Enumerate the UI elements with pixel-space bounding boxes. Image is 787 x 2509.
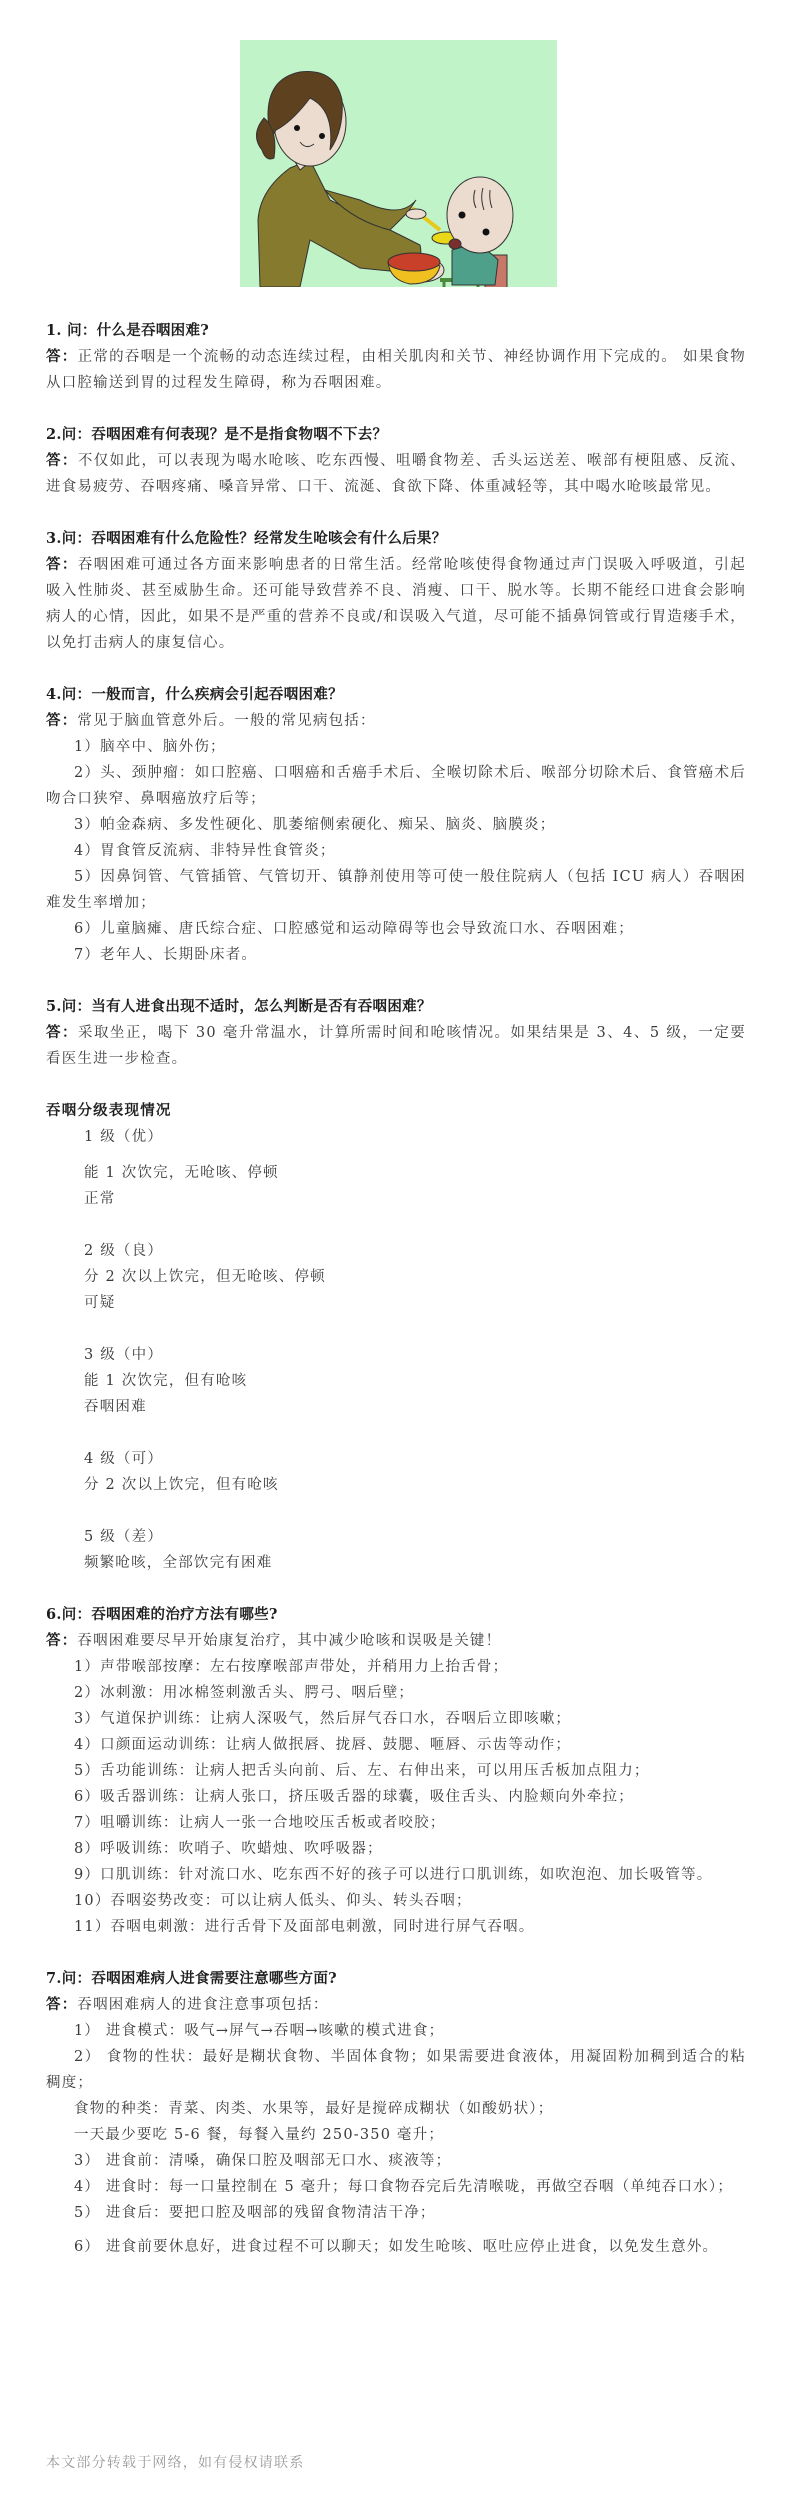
qa-block-7: 7.问：吞咽困难病人进食需要注意哪些方面? 答：吞咽困难病人的进食注意事项包括：… [46, 1966, 746, 2260]
answer-text: 正常的吞咽是一个流畅的动态连续过程，由相关肌肉和关节、神经协调作用下完成的。 如… [46, 349, 746, 391]
grade-level: 5 级（差） [84, 1524, 746, 1550]
grade-result: 正常 [84, 1186, 746, 1212]
list-item: 5） 进食后：要把口腔及咽部的残留食物清洁干净； [46, 2200, 746, 2226]
question-heading: 4.问：一般而言，什么疾病会引起吞咽困难？ [46, 682, 746, 708]
answer-paragraph: 答：吞咽困难可通过各方面来影响患者的日常生活。经常呛咳使得食物通过声门误吸入呼吸… [46, 552, 746, 656]
grade-level: 2 级（良） [84, 1238, 746, 1264]
question-heading: 1. 问：什么是吞咽困难? [46, 318, 746, 344]
grade-level: 1 级（优） [84, 1124, 746, 1150]
qa-block-1: 1. 问：什么是吞咽困难? 答：正常的吞咽是一个流畅的动态连续过程，由相关肌肉和… [46, 318, 746, 396]
answer-label: 答： [46, 1632, 77, 1649]
answer-text: 常见于脑血管意外后。一般的常见病包括： [77, 713, 375, 729]
answer-paragraph: 答：采取坐正，喝下 30 毫升常温水，计算所需时间和呛咳情况。如果结果是 3、4… [46, 1020, 746, 1072]
list-item: 3） 进食前：清嗓，确保口腔及咽部无口水、痰液等； [46, 2148, 746, 2174]
question-heading: 7.问：吞咽困难病人进食需要注意哪些方面? [46, 1966, 746, 1992]
question-heading: 5.问：当有人进食出现不适时，怎么判断是否有吞咽困难？ [46, 994, 746, 1020]
list-item: 2）冰刺激：用冰棉签刺激舌头、腭弓、咽后壁； [46, 1680, 746, 1706]
qa-block-6: 6.问：吞咽困难的治疗方法有哪些? 答：吞咽困难要尽早开始康复治疗，其中减少呛咳… [46, 1602, 746, 1940]
grade-result: 可疑 [84, 1290, 746, 1316]
answer-label: 答： [46, 556, 78, 573]
list-item: 6）吸舌器训练：让病人张口，挤压吸舌器的球囊，吸住舌头、内脸颊向外牵拉； [46, 1784, 746, 1810]
list-item: 4）口颜面运动训练：让病人做抿唇、拢唇、鼓腮、咂唇、示齿等动作； [46, 1732, 746, 1758]
list-item: 4）胃食管反流病、非特异性食管炎； [46, 838, 746, 864]
answer-text: 吞咽困难要尽早开始康复治疗，其中减少呛咳和误吸是关键！ [77, 1633, 501, 1649]
list-item: 1）脑卒中、脑外伤； [46, 734, 746, 760]
answer-label: 答： [46, 1996, 77, 2013]
list-item: 食物的种类：青菜、肉类、水果等，最好是搅碎成糊状（如酸奶状）； [46, 2096, 746, 2122]
answer-paragraph: 答：吞咽困难要尽早开始康复治疗，其中减少呛咳和误吸是关键！ [46, 1628, 746, 1654]
grade-description: 频繁呛咳，全部饮完有困难 [84, 1550, 746, 1576]
qa-block-4: 4.问：一般而言，什么疾病会引起吞咽困难？ 答：常见于脑血管意外后。一般的常见病… [46, 682, 746, 968]
grade-description: 分 2 次以上饮完，但无呛咳、停顿 [84, 1264, 746, 1290]
answer-paragraph: 答：吞咽困难病人的进食注意事项包括： [46, 1992, 746, 2018]
grade-result: 吞咽困难 [84, 1394, 746, 1420]
list-item: 1）声带喉部按摩：左右按摩喉部声带处，并稍用力上抬舌骨； [46, 1654, 746, 1680]
question-heading: 3.问：吞咽困难有什么危险性？经常发生呛咳会有什么后果？ [46, 526, 746, 552]
list-item: 5）舌功能训练：让病人把舌头向前、后、左、右伸出来，可以用压舌板加点阻力； [46, 1758, 746, 1784]
qa-block-3: 3.问：吞咽困难有什么危险性？经常发生呛咳会有什么后果？ 答：吞咽困难可通过各方… [46, 526, 746, 656]
list-item: 2） 食物的性状：最好是糊状食物、半固体食物；如果需要进食液体，用凝固粉加稠到适… [46, 2044, 746, 2096]
swallow-grading-section: 吞咽分级表现情况 1 级（优） 能 1 次饮完，无呛咳、停顿 正常 2 级（良）… [46, 1098, 746, 1576]
answer-label: 答： [46, 452, 78, 469]
answer-text: 吞咽困难病人的进食注意事项包括： [77, 1997, 328, 2013]
answer-paragraph: 答：不仅如此，可以表现为喝水呛咳、吃东西慢、咀嚼食物差、舌头运送差、喉部有梗阻感… [46, 448, 746, 500]
list-item: 一天最少要吃 5-6 餐，每餐入量约 250-350 毫升； [46, 2122, 746, 2148]
list-item: 5）因鼻饲管、气管插管、气管切开、镇静剂使用等可使一般住院病人（包括 ICU 病… [46, 864, 746, 916]
answer-text: 吞咽困难可通过各方面来影响患者的日常生活。经常呛咳使得食物通过声门误吸入呼吸道，… [46, 557, 746, 651]
list-item: 3）气道保护训练：让病人深吸气，然后屏气吞口水，吞咽后立即咳嗽； [46, 1706, 746, 1732]
answer-label: 答： [46, 712, 77, 729]
grading-list: 1 级（优） 能 1 次饮完，无呛咳、停顿 正常 2 级（良） 分 2 次以上饮… [46, 1124, 746, 1576]
grade-level: 4 级（可） [84, 1446, 746, 1472]
list-item: 6） 进食前要休息好，进食过程不可以聊天；如发生呛咳、呕吐应停止进食，以免发生意… [46, 2234, 746, 2260]
qa-block-2: 2.问：吞咽困难有何表现？是不是指食物咽不下去？ 答：不仅如此，可以表现为喝水呛… [46, 422, 746, 500]
grade-description: 分 2 次以上饮完，但有呛咳 [84, 1472, 746, 1498]
qa-block-5: 5.问：当有人进食出现不适时，怎么判断是否有吞咽困难？ 答：采取坐正，喝下 30… [46, 994, 746, 1072]
list-item: 8）呼吸训练：吹哨子、吹蜡烛、吹呼吸器； [46, 1836, 746, 1862]
list-item: 2）头、颈肿瘤：如口腔癌、口咽癌和舌癌手术后、全喉切除术后、喉部分切除术后、食管… [46, 760, 746, 812]
copyright-notice: 本文部分转载于网络，如有侵权请联系 [46, 2452, 304, 2472]
grade-description: 能 1 次饮完，但有呛咳 [84, 1368, 746, 1394]
list-item: 10）吞咽姿势改变：可以让病人低头、仰头、转头吞咽； [46, 1888, 746, 1914]
list-item: 4） 进食时：每一口量控制在 5 毫升；每口食物吞完后先清喉咙，再做空吞咽（单纯… [46, 2174, 746, 2200]
answer-text: 采取坐正，喝下 30 毫升常温水，计算所需时间和呛咳情况。如果结果是 3、4、5… [46, 1025, 746, 1067]
list-item: 1） 进食模式：吸气→屏气→吞咽→咳嗽的模式进食； [46, 2018, 746, 2044]
question-heading: 2.问：吞咽困难有何表现？是不是指食物咽不下去？ [46, 422, 746, 448]
answer-label: 答： [46, 1024, 78, 1041]
list-item: 7）老年人、长期卧床者。 [46, 942, 746, 968]
answer-text: 不仅如此，可以表现为喝水呛咳、吃东西慢、咀嚼食物差、舌头运送差、喉部有梗阻感、反… [46, 453, 746, 495]
list-item: 7）咀嚼训练：让病人一张一合地咬压舌板或者咬胶； [46, 1810, 746, 1836]
answer-label: 答： [46, 348, 78, 365]
grade-description: 能 1 次饮完，无呛咳、停顿 [84, 1160, 746, 1186]
grading-title: 吞咽分级表现情况 [46, 1098, 746, 1124]
answer-paragraph: 答：常见于脑血管意外后。一般的常见病包括： [46, 708, 746, 734]
question-heading: 6.问：吞咽困难的治疗方法有哪些? [46, 1602, 746, 1628]
grade-level: 3 级（中） [84, 1342, 746, 1368]
list-item: 3）帕金森病、多发性硬化、肌萎缩侧索硬化、痴呆、脑炎、脑膜炎； [46, 812, 746, 838]
list-item: 9）口肌训练：针对流口水、吃东西不好的孩子可以进行口肌训练，如吹泡泡、加长吸管等… [46, 1862, 746, 1888]
answer-paragraph: 答：正常的吞咽是一个流畅的动态连续过程，由相关肌肉和关节、神经协调作用下完成的。… [46, 344, 746, 396]
mother-feeding-baby-illustration [240, 40, 557, 287]
list-item: 6）儿童脑瘫、唐氏综合症、口腔感觉和运动障碍等也会导致流口水、吞咽困难； [46, 916, 746, 942]
hero-illustration [240, 40, 557, 287]
article-body: 1. 问：什么是吞咽困难? 答：正常的吞咽是一个流畅的动态连续过程，由相关肌肉和… [46, 318, 746, 2286]
list-item: 11）吞咽电刺激：进行舌骨下及面部电刺激，同时进行屏气吞咽。 [46, 1914, 746, 1940]
